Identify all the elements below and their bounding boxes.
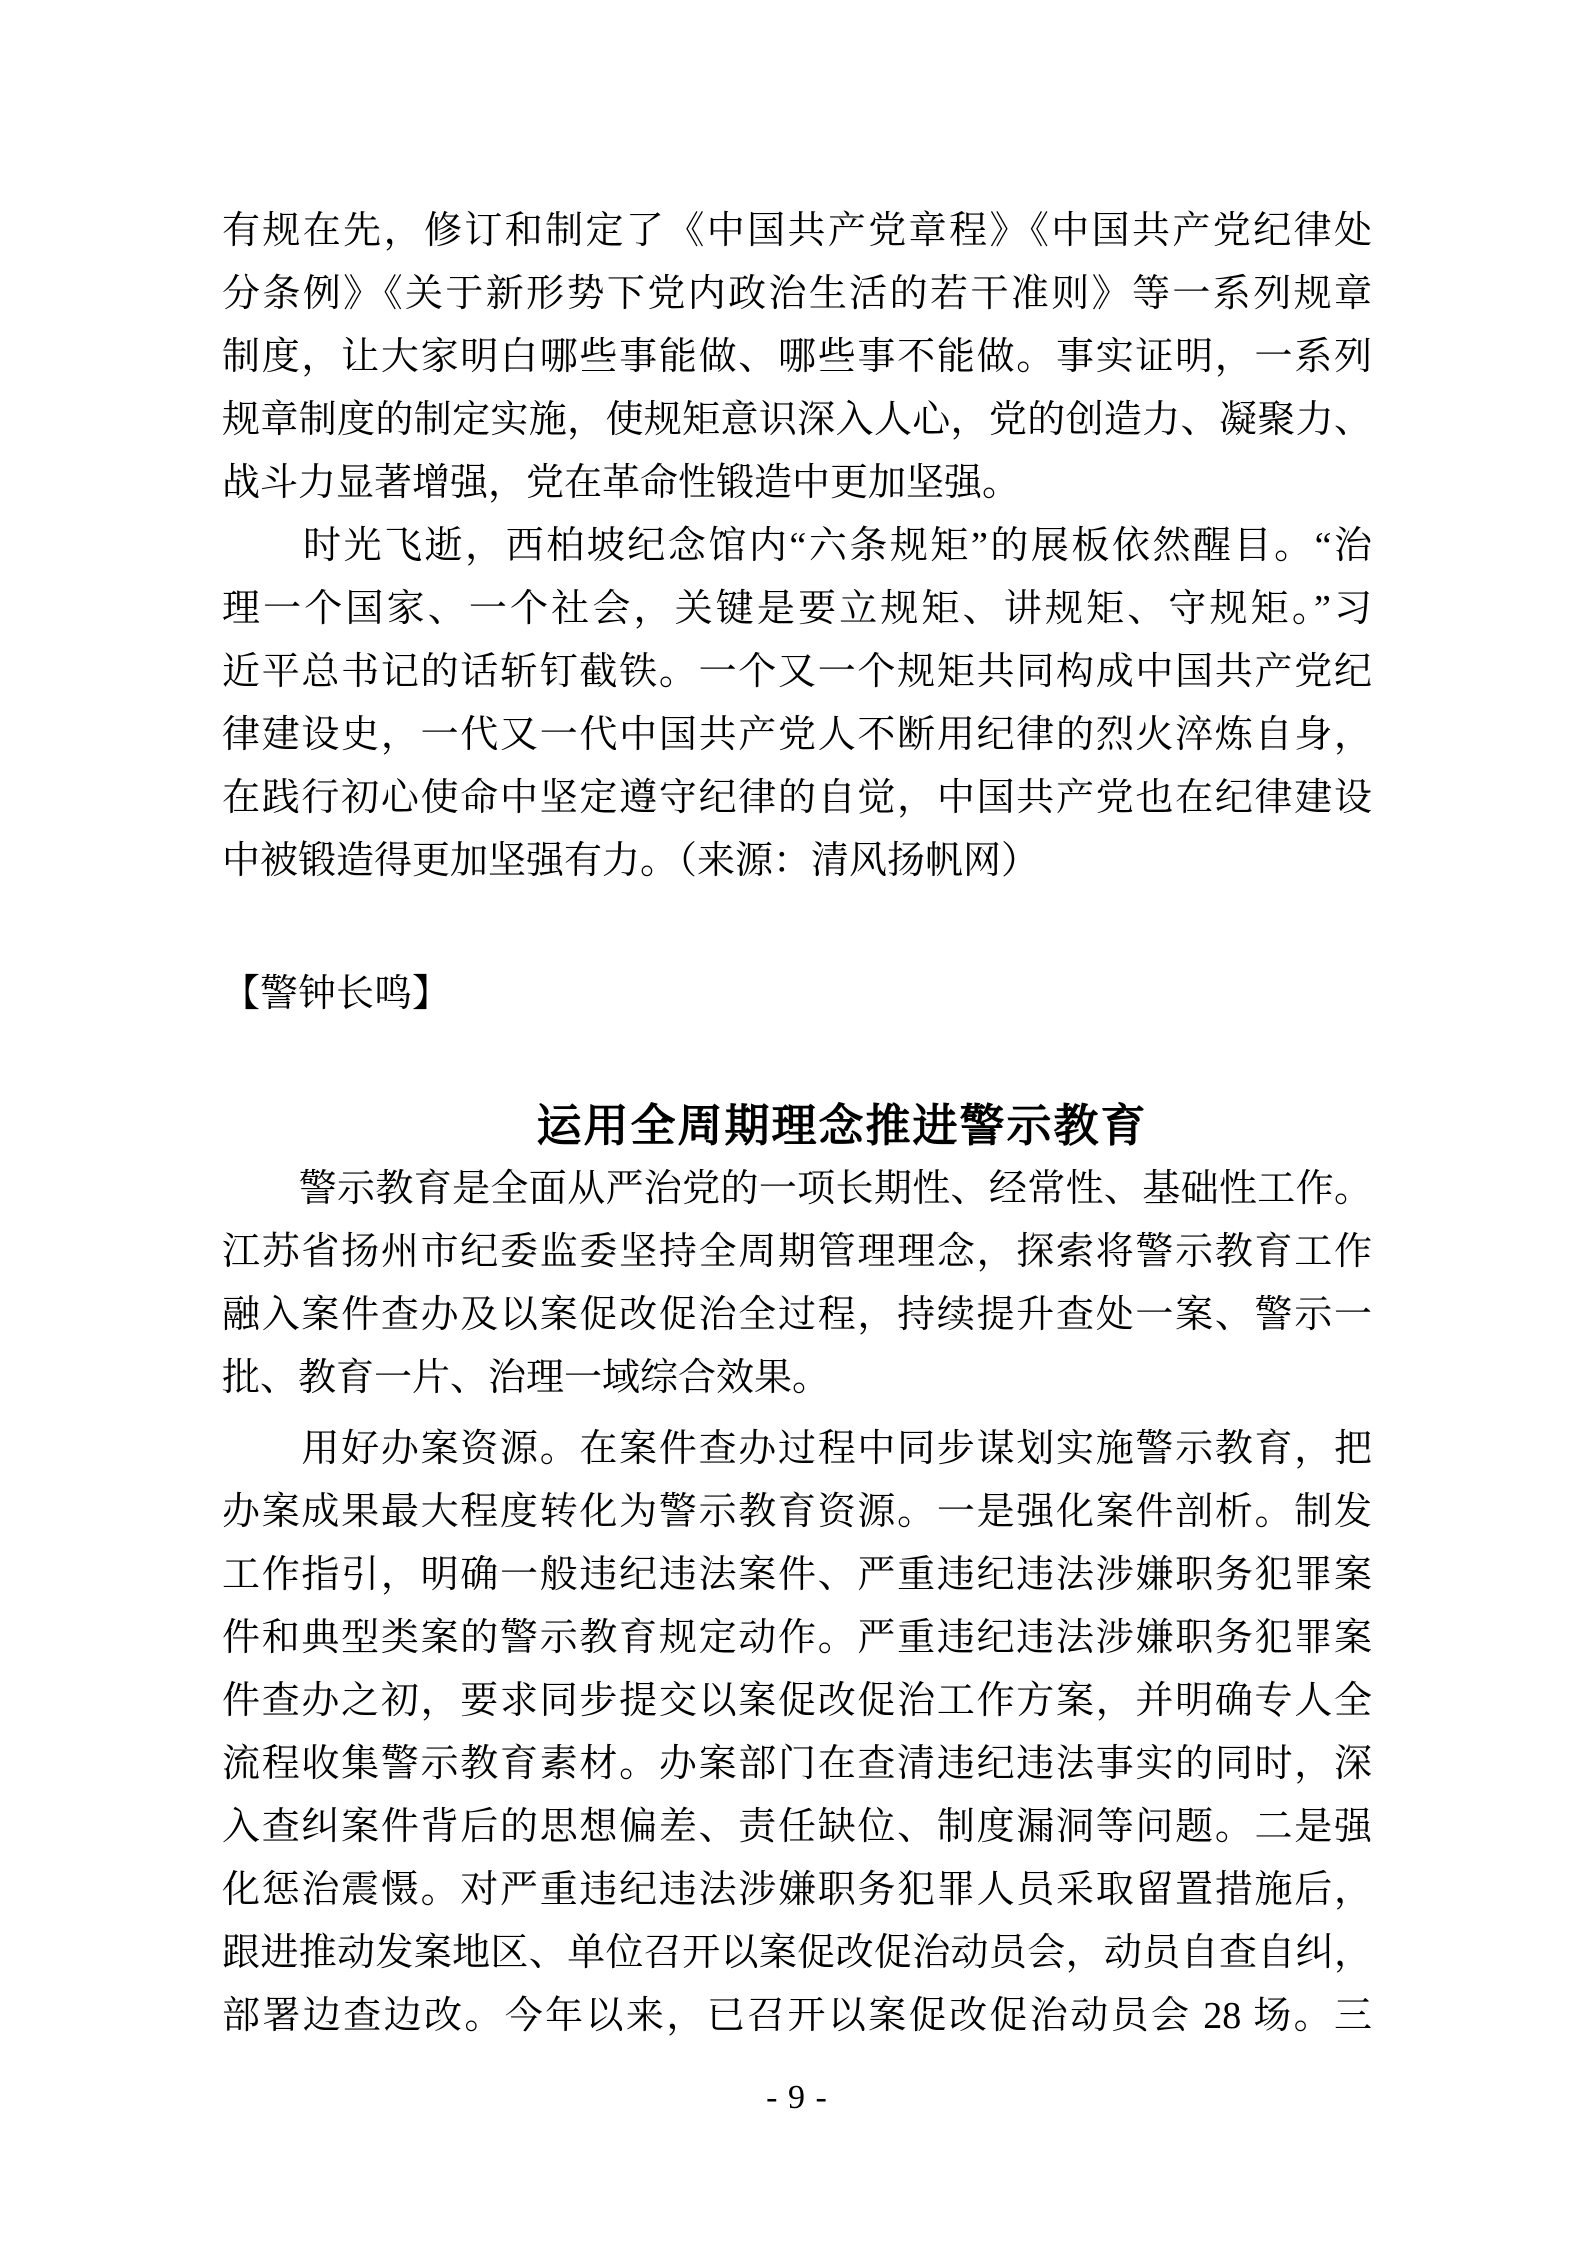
- paragraph-rules-continuation: 有规在先，修订和制定了《中国共产党章程》《中国共产党纪律处分条例》《关于新形势下…: [222, 200, 1372, 515]
- text-line: 律建设史，一代又一代中国共产党人不断用纪律的烈火淬炼自身，: [222, 704, 1372, 767]
- text-line: 中被锻造得更加坚强有力。（来源：清风扬帆网）: [222, 830, 1372, 893]
- article-title: 运用全周期理念推进警示教育: [222, 1095, 1372, 1158]
- text-line: 规章制度的制定实施，使规矩意识深入人心，党的创造力、凝聚力、: [222, 389, 1372, 452]
- text-line: 流程收集警示教育素材。办案部门在查清违纪违法事实的同时，深: [222, 1733, 1372, 1796]
- text-line: 理一个国家、一个社会，关键是要立规矩、讲规矩、守规矩。”习: [222, 578, 1372, 641]
- text-line: 分条例》《关于新形势下党内政治生活的若干准则》等一系列规章: [222, 263, 1372, 326]
- paragraph-casework-resources: 用好办案资源。在案件查办过程中同步谋划实施警示教育，把办案成果最大程度转化为警示…: [222, 1418, 1372, 2048]
- text-line: 有规在先，修订和制定了《中国共产党章程》《中国共产党纪律处: [222, 200, 1372, 263]
- document-text-block: 有规在先，修订和制定了《中国共产党章程》《中国共产党纪律处分条例》《关于新形势下…: [0, 0, 1587, 2120]
- text-line: 跟进推动发案地区、单位召开以案促改促治动员会，动员自查自纠，: [222, 1922, 1372, 1985]
- document-page: 有规在先，修订和制定了《中国共产党章程》《中国共产党纪律处分条例》《关于新形势下…: [0, 0, 1587, 2245]
- text-line: 工作指引，明确一般违纪违法案件、严重违纪违法涉嫌职务犯罪案: [222, 1544, 1372, 1607]
- text-line: 时光飞逝，西柏坡纪念馆内“六条规矩”的展板依然醒目。“治: [222, 515, 1372, 578]
- paragraph-xibaipo-memorial: 时光飞逝，西柏坡纪念馆内“六条规矩”的展板依然醒目。“治理一个国家、一个社会，关…: [222, 515, 1372, 893]
- text-line: 批、教育一片、治理一域综合效果。: [222, 1347, 1372, 1410]
- page-number: - 9 -: [222, 2076, 1372, 2120]
- text-line: 件和典型类案的警示教育规定动作。严重违纪违法涉嫌职务犯罪案: [222, 1607, 1372, 1670]
- text-line: 部署边查边改。今年以来，已召开以案促改促治动员会 28 场。三: [222, 1985, 1372, 2048]
- text-line: 战斗力显著增强，党在革命性锻造中更加坚强。: [222, 452, 1372, 515]
- text-line: 入查纠案件背后的思想偏差、责任缺位、制度漏洞等问题。二是强: [222, 1796, 1372, 1859]
- text-line: 江苏省扬州市纪委监委坚持全周期管理理念，探索将警示教育工作: [222, 1221, 1372, 1284]
- text-line: 在践行初心使命中坚定遵守纪律的自觉，中国共产党也在纪律建设: [222, 767, 1372, 830]
- text-line: 件查办之初，要求同步提交以案促改促治工作方案，并明确专人全: [222, 1670, 1372, 1733]
- text-line: 用好办案资源。在案件查办过程中同步谋划实施警示教育，把: [222, 1418, 1372, 1481]
- paragraph-warning-education-intro: 警示教育是全面从严治党的一项长期性、经常性、基础性工作。江苏省扬州市纪委监委坚持…: [222, 1158, 1372, 1410]
- section-label-alarm-bell: 【警钟长鸣】: [222, 963, 1372, 1026]
- text-line: 警示教育是全面从严治党的一项长期性、经常性、基础性工作。: [222, 1158, 1372, 1221]
- text-line: 化惩治震慑。对严重违纪违法涉嫌职务犯罪人员采取留置措施后，: [222, 1859, 1372, 1922]
- text-line: 融入案件查办及以案促改促治全过程，持续提升查处一案、警示一: [222, 1284, 1372, 1347]
- text-line: 近平总书记的话斩钉截铁。一个又一个规矩共同构成中国共产党纪: [222, 641, 1372, 704]
- text-line: 制度，让大家明白哪些事能做、哪些事不能做。事实证明，一系列: [222, 326, 1372, 389]
- text-line: 办案成果最大程度转化为警示教育资源。一是强化案件剖析。制发: [222, 1481, 1372, 1544]
